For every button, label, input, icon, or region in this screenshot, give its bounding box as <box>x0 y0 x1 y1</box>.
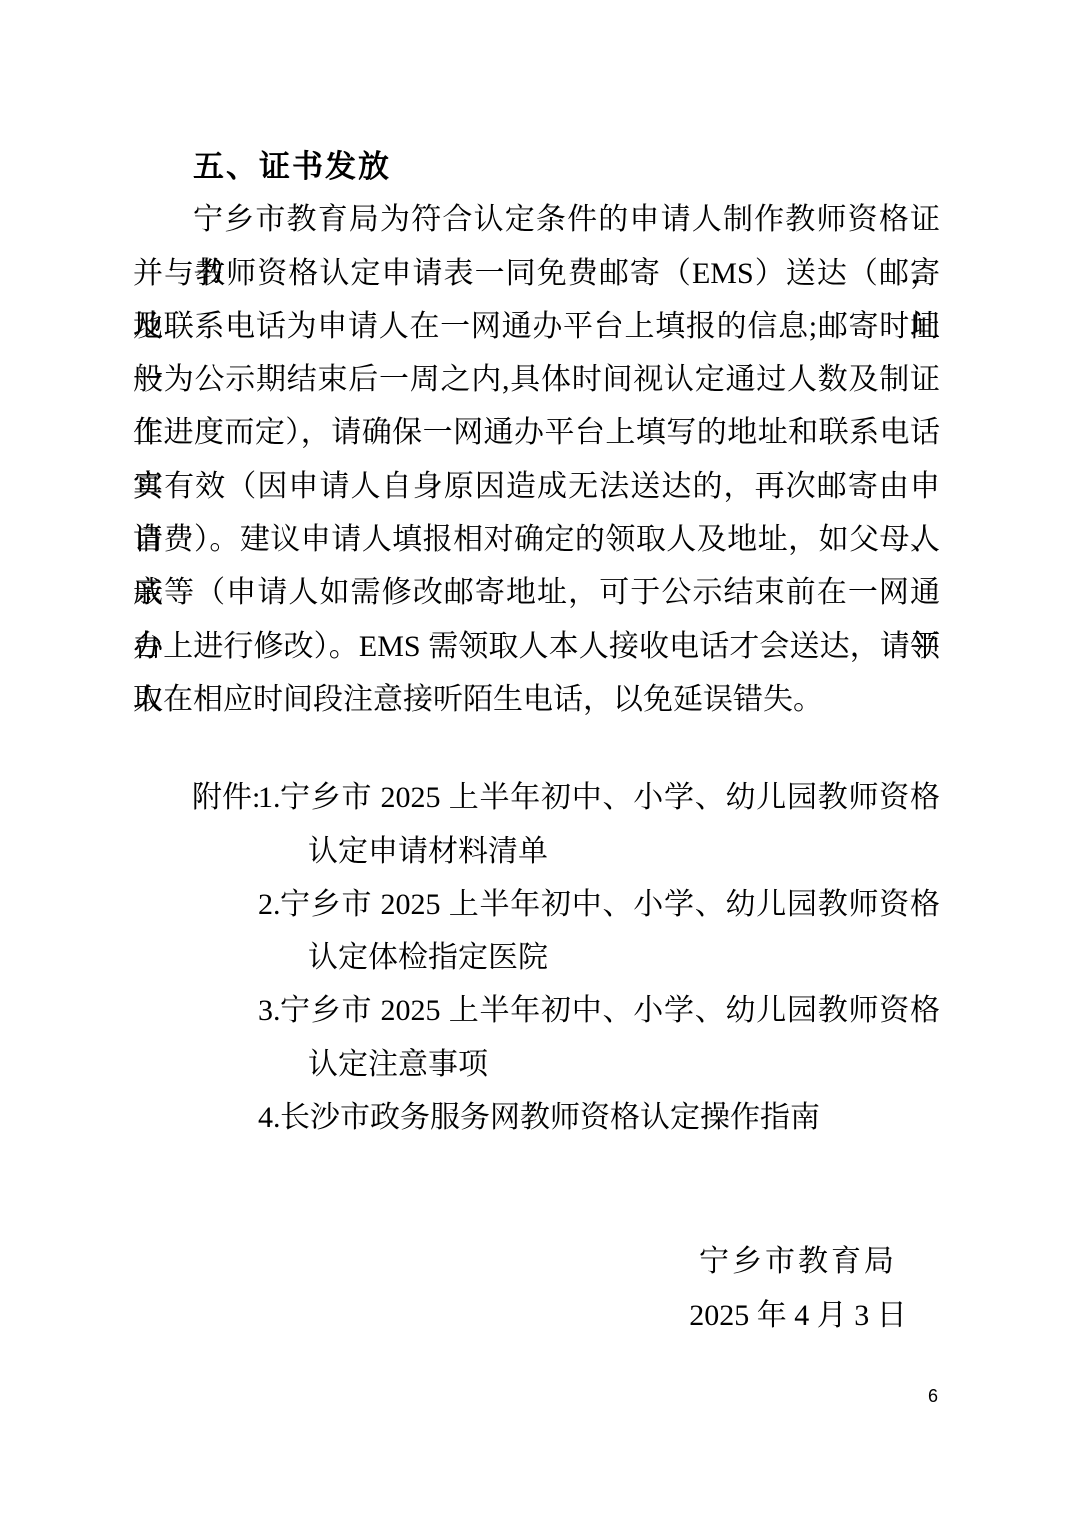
paragraph-line: 般为公示期结束后一周之内,具体时间视认定通过人数及制证工 <box>133 353 940 406</box>
document-content: 五、证书发放 宁乡市教育局为符合认定条件的申请人制作教师资格证书， 并与教师资格… <box>133 140 940 1342</box>
paragraph-line: 人在相应时间段注意接听陌生电话，以免延误错失。 <box>133 673 940 726</box>
attachments-label: 附件: <box>192 771 258 824</box>
body-paragraph: 宁乡市教育局为符合认定条件的申请人制作教师资格证书， 并与教师资格认定申请表一同… <box>133 193 940 726</box>
paragraph-line: 台上进行修改）。EMS 需领取人本人接收电话才会送达，请领取 <box>133 620 940 673</box>
attachment-title-line: 认定注意事项 <box>308 1038 940 1091</box>
page-number: 6 <box>928 1384 938 1408</box>
attachment-title-line: 长沙市政务服务网教师资格认定操作指南 <box>280 1091 940 1144</box>
paragraph-line: 实有效（因申请人自身原因造成无法送达的，再次邮寄由申请人 <box>133 460 940 513</box>
paragraph-line: 及联系电话为申请人在一网通办平台上填报的信息;邮寄时间一 <box>133 300 940 353</box>
section-heading: 五、证书发放 <box>133 140 940 193</box>
attachment-title-line: 认定申请材料清单 <box>308 825 940 878</box>
attachment-item-3-row: 3. 宁乡市 2025 上半年初中、小学、幼儿园教师资格 <box>258 984 940 1037</box>
paragraph-line: 戚等（申请人如需修改邮寄地址，可于公示结束前在一网通办平 <box>133 566 940 619</box>
paragraph-line: 宁乡市教育局为符合认定条件的申请人制作教师资格证书， <box>133 193 940 246</box>
attachment-title-line: 宁乡市 2025 上半年初中、小学、幼儿园教师资格 <box>280 771 940 824</box>
attachment-item-2-row: 2. 宁乡市 2025 上半年初中、小学、幼儿园教师资格 <box>258 878 940 931</box>
attachments-block: 附件: 1. 宁乡市 2025 上半年初中、小学、幼儿园教师资格 认定申请材料清… <box>133 771 940 1144</box>
paragraph-line: 并与教师资格认定申请表一同免费邮寄（EMS）送达（邮寄地址 <box>133 247 940 300</box>
paragraph-line: 自费）。建议申请人填报相对确定的领取人及地址，如父母、亲 <box>133 513 940 566</box>
signature-date: 2025 年 4 月 3 日 <box>535 1289 1061 1342</box>
attachment-number: 4. <box>258 1091 280 1144</box>
signature-block: 宁乡市教育局 2025 年 4 月 3 日 <box>535 1235 1061 1342</box>
attachment-item-1-row: 附件: 1. 宁乡市 2025 上半年初中、小学、幼儿园教师资格 <box>192 771 940 824</box>
attachment-number: 3. <box>258 984 280 1037</box>
paragraph-line: 作进度而定），请确保一网通办平台上填写的地址和联系电话真 <box>133 406 940 459</box>
signature-issuer: 宁乡市教育局 <box>535 1235 1061 1288</box>
attachment-title-line: 宁乡市 2025 上半年初中、小学、幼儿园教师资格 <box>280 984 940 1037</box>
attachment-number: 2. <box>258 878 280 931</box>
attachment-item-4-row: 4. 长沙市政务服务网教师资格认定操作指南 <box>258 1091 940 1144</box>
attachment-title-line: 认定体检指定医院 <box>308 931 940 984</box>
document-page: 五、证书发放 宁乡市教育局为符合认定条件的申请人制作教师资格证书， 并与教师资格… <box>0 0 1074 1520</box>
attachment-title-line: 宁乡市 2025 上半年初中、小学、幼儿园教师资格 <box>280 878 940 931</box>
attachment-number: 1. <box>258 771 280 824</box>
